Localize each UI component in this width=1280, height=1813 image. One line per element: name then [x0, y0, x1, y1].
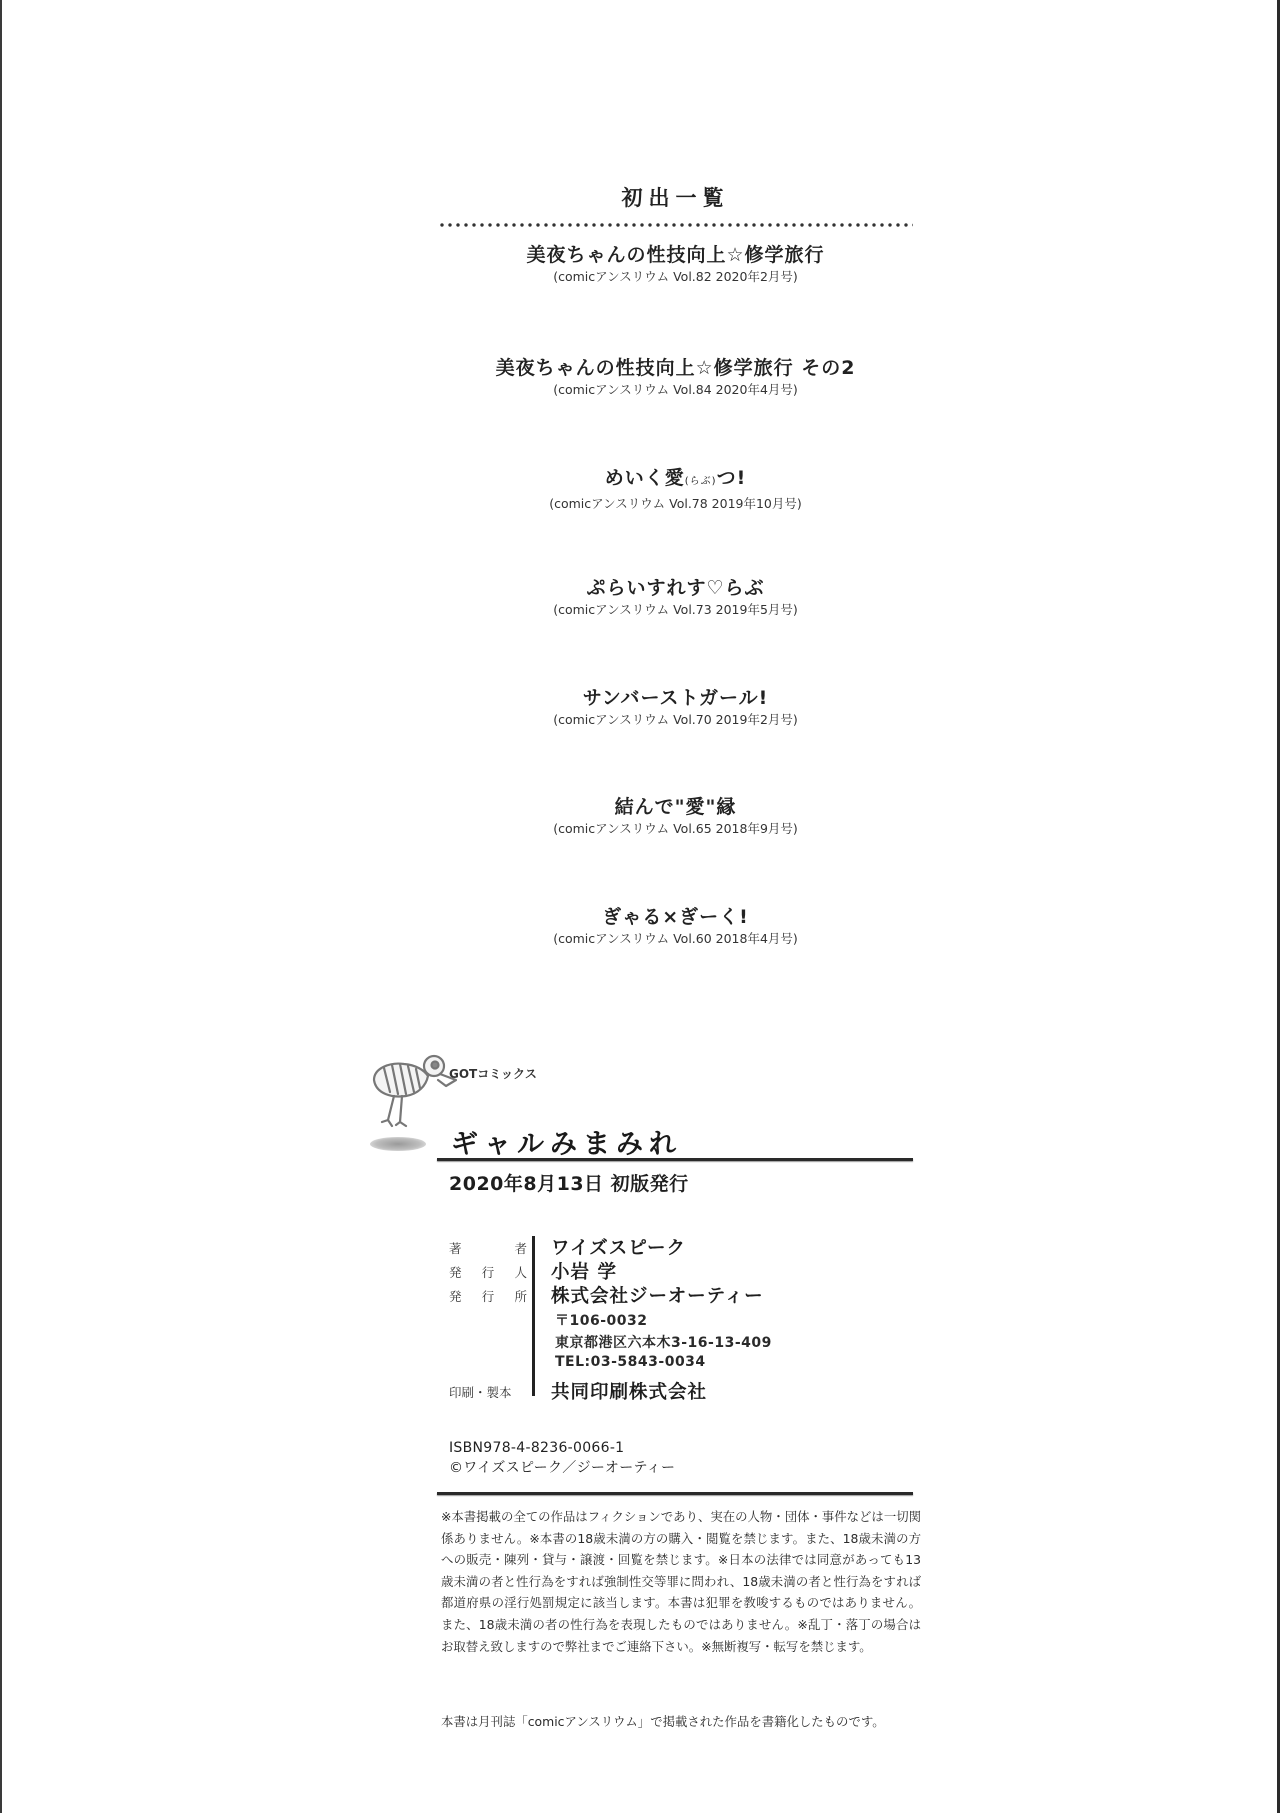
toc-entry-source: (comicアンスリウム Vol.70 2019年2月号) [438, 711, 913, 729]
credit-label: 発行人 [449, 1263, 527, 1281]
label-text: 印刷・製本 [449, 1383, 512, 1401]
label-char: 人 [514, 1263, 527, 1281]
credit-label: 発行所 [449, 1287, 527, 1305]
label-char: 発 [449, 1287, 462, 1305]
dotted-divider [438, 223, 913, 227]
title-main: めいく愛 [605, 467, 685, 489]
toc-entry: めいく愛(らぶ)つ! (comicアンスリウム Vol.78 2019年10月号… [438, 466, 913, 513]
publish-date: 2020年8月13日 初版発行 [449, 1169, 689, 1196]
credit-label: 印刷・製本 [449, 1383, 529, 1401]
credit-value: 共同印刷株式会社 [551, 1378, 707, 1404]
toc-entry-title: 美夜ちゃんの性技向上☆修学旅行 その2 [438, 356, 913, 380]
title-ruby: (らぶ) [685, 476, 717, 487]
toc-entry: ぎゃる×ぎーく! (comicアンスリウム Vol.60 2018年4月号) [438, 905, 913, 948]
toc-entry-title: 結んで"愛"縁 [438, 795, 913, 819]
toc-entry: サンバーストガール! (comicアンスリウム Vol.70 2019年2月号) [438, 686, 913, 729]
credit-publisher-person: 発行人 小岩 学 [449, 1258, 899, 1282]
book-title: ギャルみまみれ [451, 1122, 682, 1161]
toc-entry-title: サンバーストガール! [438, 686, 913, 710]
credit-printer: 印刷・製本 共同印刷株式会社 [449, 1378, 899, 1402]
copyright: ©ワイズスピーク／ジーオーティー [449, 1458, 675, 1478]
publisher-address-block: 〒106-0032 東京都港区六本木3-16-13-409 TEL:03-584… [449, 1306, 899, 1378]
label-char: 発 [449, 1263, 462, 1281]
isbn-block: ISBN978-4-8236-0066-1 ©ワイズスピーク／ジーオーティー [449, 1438, 675, 1478]
label-char: 著 [449, 1239, 462, 1257]
imprint-label: GOTコミックス [449, 1065, 537, 1082]
postal-code: 〒106-0032 [555, 1310, 648, 1330]
label-char: 行 [482, 1263, 495, 1281]
toc-entry-source: (comicアンスリウム Vol.84 2020年4月号) [438, 381, 913, 399]
telephone: TEL:03-5843-0034 [555, 1354, 706, 1370]
isbn: ISBN978-4-8236-0066-1 [449, 1438, 675, 1458]
toc-entry-source: (comicアンスリウム Vol.82 2020年2月号) [438, 268, 913, 286]
label-char: 行 [482, 1287, 495, 1305]
toc-entry-source: (comicアンスリウム Vol.73 2019年5月号) [438, 601, 913, 619]
toc-entry-title: ぎゃる×ぎーく! [438, 905, 913, 929]
title-divider [437, 1158, 913, 1161]
toc-entry-source: (comicアンスリウム Vol.65 2018年9月号) [438, 820, 913, 838]
bird-logo-icon [368, 1050, 460, 1134]
logo-shadow [370, 1137, 426, 1151]
credit-value: 小岩 学 [551, 1258, 617, 1284]
title-tail: つ! [717, 467, 747, 489]
legal-notice: ※本書掲載の全ての作品はフィクションであり、実在の人物・団体・事件などは一切関係… [441, 1506, 921, 1657]
credit-value: ワイズスピーク [551, 1234, 686, 1260]
toc-entry-source: (comicアンスリウム Vol.78 2019年10月号) [438, 495, 913, 513]
toc-entry-source: (comicアンスリウム Vol.60 2018年4月号) [438, 930, 913, 948]
toc-heading: 初出一覧 [438, 182, 913, 212]
toc-entry-title: めいく愛(らぶ)つ! [438, 466, 913, 494]
toc-entry-title: ぷらいすれす♡らぶ [438, 576, 913, 600]
credit-value: 株式会社ジーオーティー [551, 1282, 764, 1308]
toc-entry: 美夜ちゃんの性技向上☆修学旅行 (comicアンスリウム Vol.82 2020… [438, 243, 913, 286]
toc-entry: 美夜ちゃんの性技向上☆修学旅行 その2 (comicアンスリウム Vol.84 … [438, 356, 913, 399]
credit-publisher: 発行所 株式会社ジーオーティー [449, 1282, 899, 1306]
notice-divider [437, 1492, 913, 1495]
page-edge-left [0, 0, 2, 1813]
label-char: 所 [514, 1287, 527, 1305]
credit-author: 著者 ワイズスピーク [449, 1234, 899, 1258]
credit-label: 著者 [449, 1239, 527, 1257]
toc-entry: 結んで"愛"縁 (comicアンスリウム Vol.65 2018年9月号) [438, 795, 913, 838]
footer-note: 本書は月刊誌「comicアンスリウム」で掲載された作品を書籍化したものです。 [441, 1712, 921, 1730]
credits-block: 著者 ワイズスピーク 発行人 小岩 学 発行所 株式会社ジーオーティー 〒106… [449, 1234, 899, 1402]
toc-entry-title: 美夜ちゃんの性技向上☆修学旅行 [438, 243, 913, 267]
toc-entry: ぷらいすれす♡らぶ (comicアンスリウム Vol.73 2019年5月号) [438, 576, 913, 619]
label-char: 者 [514, 1239, 527, 1257]
address: 東京都港区六本木3-16-13-409 [555, 1332, 772, 1352]
